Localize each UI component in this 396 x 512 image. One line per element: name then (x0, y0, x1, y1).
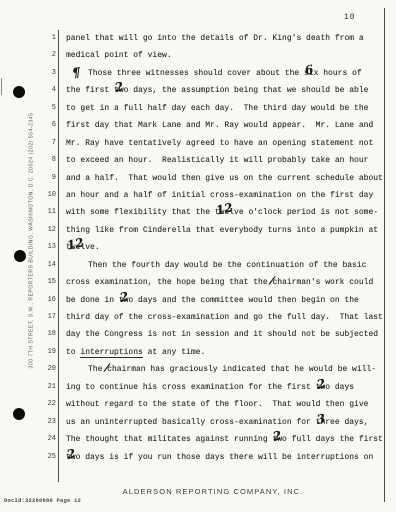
transcript-line: 6first day that Mark Lane and Mr. Ray wo… (44, 117, 389, 134)
handwritten-correction: twelve (215, 208, 244, 217)
line-number: 9 (44, 170, 56, 187)
transcript-line: 8to exceed an hour. Realistically it wil… (44, 152, 389, 169)
scan-edge-mark (1, 78, 2, 95)
handwritten-correction: chairman's (272, 278, 320, 287)
line-text: first day that Mark Lane and Mr. Ray wou… (66, 117, 373, 134)
handwritten-pilcrow-mark: ¶ (72, 67, 81, 81)
line-number: 11 (44, 204, 56, 221)
line-text: to interruptions at any time. (66, 344, 205, 361)
line-text: cross examination, the hope being that t… (66, 274, 373, 291)
hole-punch (13, 86, 25, 98)
handwritten-correction: six (304, 69, 318, 78)
line-number: 13 (44, 239, 56, 256)
line-number: 16 (44, 292, 56, 309)
handwritten-correction: two (272, 435, 286, 444)
line-number: 10 (44, 187, 56, 204)
line-number: 17 (44, 309, 56, 326)
footer-docid: DocId:32260686 Page 12 (4, 497, 81, 504)
line-number: 25 (44, 449, 56, 466)
transcript-line: 25two days is if you run those days ther… (44, 449, 389, 466)
transcript-line: 12thing like from Cinderella that everyb… (44, 222, 389, 239)
handwritten-correction: two (316, 383, 330, 392)
line-text: twelve. (66, 239, 100, 256)
transcript-line: 19to interruptions at any time. (44, 344, 389, 361)
handwritten-correction: chairman (107, 365, 145, 374)
line-text: The thought that militates against runni… (66, 431, 383, 448)
transcript-line: 7Mr. Ray have tentatively agreed to have… (44, 135, 389, 152)
line-text: panel that will go into the details of D… (66, 30, 364, 47)
transcript-line: 18day the Congress is not in session and… (44, 326, 389, 343)
line-text: ing to continue his cross examination fo… (66, 379, 354, 396)
line-number: 22 (44, 396, 56, 413)
line-text: to exceed an hour. Realistically it will… (66, 152, 368, 169)
transcript-line: 24The thought that militates against run… (44, 431, 389, 448)
handwritten-correction: two (114, 86, 128, 95)
transcript-line: 14Then the fourth day would be the conti… (44, 257, 389, 274)
transcript-line: 11with some flexibility that the twelve … (44, 204, 389, 221)
handwritten-correction: three (316, 418, 340, 427)
handwritten-correction: two (119, 296, 133, 305)
transcript-line: 23us an uninterrupted basically cross-ex… (44, 414, 389, 431)
line-number: 23 (44, 414, 56, 431)
transcript-line: 5to get in a full half day each day. The… (44, 100, 389, 117)
line-number: 24 (44, 431, 56, 448)
transcript-line: 2medical point of view. (44, 47, 389, 64)
line-number: 20 (44, 361, 56, 378)
line-text: us an uninterrupted basically cross-exam… (66, 414, 368, 431)
line-text: third day of the cross-examination and g… (66, 309, 383, 326)
line-number: 7 (44, 135, 56, 152)
line-number: 2 (44, 47, 56, 64)
hole-punch (14, 250, 26, 262)
line-text: with some flexibility that the twelve o'… (66, 204, 378, 221)
transcript-line: 3¶Those three witnesses should cover abo… (44, 65, 389, 82)
document-page: 10 300 7TH STREET, S.W., REPORTERS BUILD… (0, 0, 396, 512)
line-text: Mr. Ray have tentatively agreed to have … (66, 135, 373, 152)
transcript-line: 16be done in two days and the committee … (44, 292, 389, 309)
reporter-address-vertical-text: 300 7TH STREET, S.W., REPORTERS BUILDING… (29, 111, 38, 371)
line-number: 15 (44, 274, 56, 291)
handwritten-correction: two (66, 453, 80, 462)
line-number: 19 (44, 344, 56, 361)
line-text: The chairman has graciously indicated th… (66, 361, 376, 378)
line-text: to get in a full half day each day. The … (66, 100, 368, 117)
line-text: Then the fourth day would be the continu… (66, 257, 366, 274)
footer-company-name: ALDERSON REPORTING COMPANY, INC. (60, 487, 366, 496)
page-number: 10 (344, 13, 356, 22)
line-number: 1 (44, 30, 56, 47)
handwritten-correction: twelve (66, 243, 95, 252)
transcript-line: 15cross examination, the hope being that… (44, 274, 389, 291)
transcript-line: 9and a half. That would then give us on … (44, 170, 389, 187)
transcript-line: 4the first two days, the assumption bein… (44, 82, 389, 99)
transcript-line: 20The chairman has graciously indicated … (44, 361, 389, 378)
handwritten-correction: interruptions (80, 348, 142, 358)
transcript-line: 13twelve. (44, 239, 389, 256)
line-text: ¶Those three witnesses should cover abou… (66, 65, 362, 82)
line-text: thing like from Cinderella that everybod… (66, 222, 378, 239)
line-number: 3 (44, 65, 56, 82)
transcript-line: 22without regard to the state of the flo… (44, 396, 389, 413)
line-text: be done in two days and the committee wo… (66, 292, 359, 309)
transcript-line: 1panel that will go into the details of … (44, 30, 389, 47)
line-text: medical point of view. (66, 47, 172, 64)
line-number: 5 (44, 100, 56, 117)
transcript-line: 21ing to continue his cross examination … (44, 379, 389, 396)
transcript-line: 10an hour and a half of initial cross-ex… (44, 187, 389, 204)
line-number: 6 (44, 117, 56, 134)
line-number: 18 (44, 326, 56, 343)
line-number: 14 (44, 257, 56, 274)
line-text: the first two days, the assumption being… (66, 82, 368, 99)
line-text: two days is if you run those days there … (66, 449, 373, 466)
transcript-lines: 1panel that will go into the details of … (44, 30, 389, 466)
line-text: and a half. That would then give us on t… (66, 170, 383, 187)
transcript-line: 17third day of the cross-examination and… (44, 309, 389, 326)
line-number: 12 (44, 222, 56, 239)
line-number: 8 (44, 152, 56, 169)
line-number: 4 (44, 82, 56, 99)
line-number: 21 (44, 379, 56, 396)
hole-punch (13, 408, 25, 420)
line-text: day the Congress is not in session and i… (66, 326, 378, 343)
